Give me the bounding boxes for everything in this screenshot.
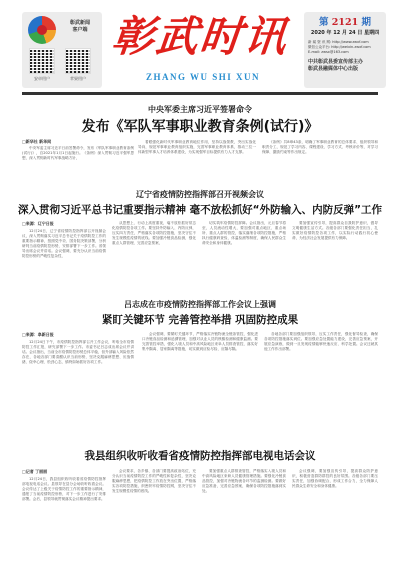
- issue-prefix: 第: [319, 17, 329, 28]
- article-3-column-1: 12月24日下午，市疫情防控指挥部召开工作会议，听取全市疫情防控工作汇报，研究部…: [22, 340, 134, 432]
- masthead-divider: [22, 92, 378, 95]
- newspaper-title-pinyin: ZHANG WU SHI XUN: [118, 72, 288, 82]
- issue-number-value: 2121: [332, 17, 358, 28]
- article-2-column-1: 12月24日，辽宁省疫情防控指挥部召开视频会议，深入贯彻落实习近平总书记关于疫情…: [22, 229, 106, 289]
- article-3-headline[interactable]: 紧盯关键环节 完善管控举措 巩固防控成果: [0, 312, 400, 327]
- issue-info-box: 第 2121 期 2020 年 12 月 24 日 星期四 新 闻 资 讯 网:…: [304, 12, 386, 88]
- article-3-column-2: 会议强调，要紧盯关键环节，严格落实冷链物流全链条管控，强化进口冷链食品检测和追溯…: [142, 332, 258, 432]
- article-2-byline: □来源：辽宁日报: [22, 221, 54, 227]
- article-3-byline: □来源：阜新日报: [22, 332, 54, 338]
- article-1-column-2: 着眼强化新时代军事职业教育地位作用，坚持以战领教，突出实战化导向，规范军事职业教…: [138, 140, 256, 186]
- article-4-column-2: 会议要求，各乡镇、各部门要提高政治站位，充分认识当前疫情防控工作的严峻性和复杂性…: [112, 469, 196, 537]
- article-3-column-3: 各地各部门要加强组织领导，压实工作责任，强化督导检查，确保各项防控措施落实到位。…: [264, 332, 378, 412]
- article-1-column-1: 中央军委主席习近平日前签署命令，发布《军队军事职业教育条例(试行)》，自2021…: [22, 146, 134, 186]
- issue-number: 第 2121 期: [310, 14, 380, 28]
- article-2-kicker: 辽宁省疫情防控指挥部召开视频会议: [0, 189, 400, 200]
- issue-suffix: 期: [362, 17, 372, 28]
- article-4-column-4: 会议强调，要加强宣传引导，提高群众防护意识，积极营造群防群控的良好氛围。各级各部…: [292, 469, 378, 537]
- app-logo-icon: [28, 16, 56, 44]
- info-sponsor: 中共彰武县委宣传部主办: [308, 58, 384, 65]
- newspaper-title: 彰武时讯: [100, 14, 301, 60]
- article-4-byline: □记者 丁丽丽: [22, 469, 47, 475]
- article-2-column-4: 要加强宣传引导，提高群众自我防护意识，倡导文明健康生活方式。各级各部门要强化责任…: [292, 221, 378, 267]
- qr-label-ios: 苹果用户: [63, 76, 93, 82]
- app-promo-box: 彰武新闻 客户端 安卓用户 苹果用户: [22, 12, 102, 88]
- article-3-kicker: 吕志成在市疫情防控指挥部工作会议上强调: [0, 299, 400, 310]
- article-2-column-2: 从思想上、行动上高度重视，毫不放松抓好常态化疫情防控各项工作。要坚持外防输入、内…: [112, 221, 196, 289]
- article-2-column-3: 切实筑牢疫情防控屏障。会议指出，元旦春节将至，人员流动性增大，要加强对重点地区、…: [202, 221, 286, 289]
- issue-date: 2020 年 12 月 24 日 星期四: [306, 29, 384, 36]
- info-publisher: 彰武县融媒体中心出版: [308, 65, 384, 72]
- article-4-column-1: 12月24日，我县组织收听收看省疫情防控指挥部电视电话会议。县领导在县分会场收听…: [22, 477, 106, 537]
- article-4-headline[interactable]: 我县组织收听收看省疫情防控指挥部电视电话会议: [0, 448, 400, 463]
- article-1-headline[interactable]: 发布《军队军事职业教育条例(试行)》: [0, 116, 400, 136]
- info-email: E-mail: zwsx@163.com: [308, 50, 384, 54]
- article-2-headline[interactable]: 深入贯彻习近平总书记重要指示精神 毫不放松抓好“外防输入、内防反弹”工作: [0, 202, 400, 217]
- masthead: 彰武新闻 客户端 安卓用户 苹果用户 彰武时讯 ZHANG WU SHI XUN…: [0, 0, 400, 92]
- qr-code-android-icon[interactable]: [29, 48, 55, 74]
- article-1-column-3: 《条例》共8章43条，明确了军事职业教育的总体要求、组织领导和职责分工，规范了学…: [262, 140, 378, 186]
- qr-label-android: 安卓用户: [27, 76, 57, 82]
- app-label: 彰武新闻 客户端: [62, 20, 98, 34]
- article-4-column-3: 要加强重点人群排查管控，严格落实入境人员和中高风险地区来彰人员健康管理措施。要强…: [202, 469, 286, 537]
- article-1-byline: □新华社 新华网: [22, 139, 51, 145]
- article-1-kicker: 中央军委主席习近平签署命令: [0, 104, 400, 115]
- qr-code-ios-icon[interactable]: [65, 48, 91, 74]
